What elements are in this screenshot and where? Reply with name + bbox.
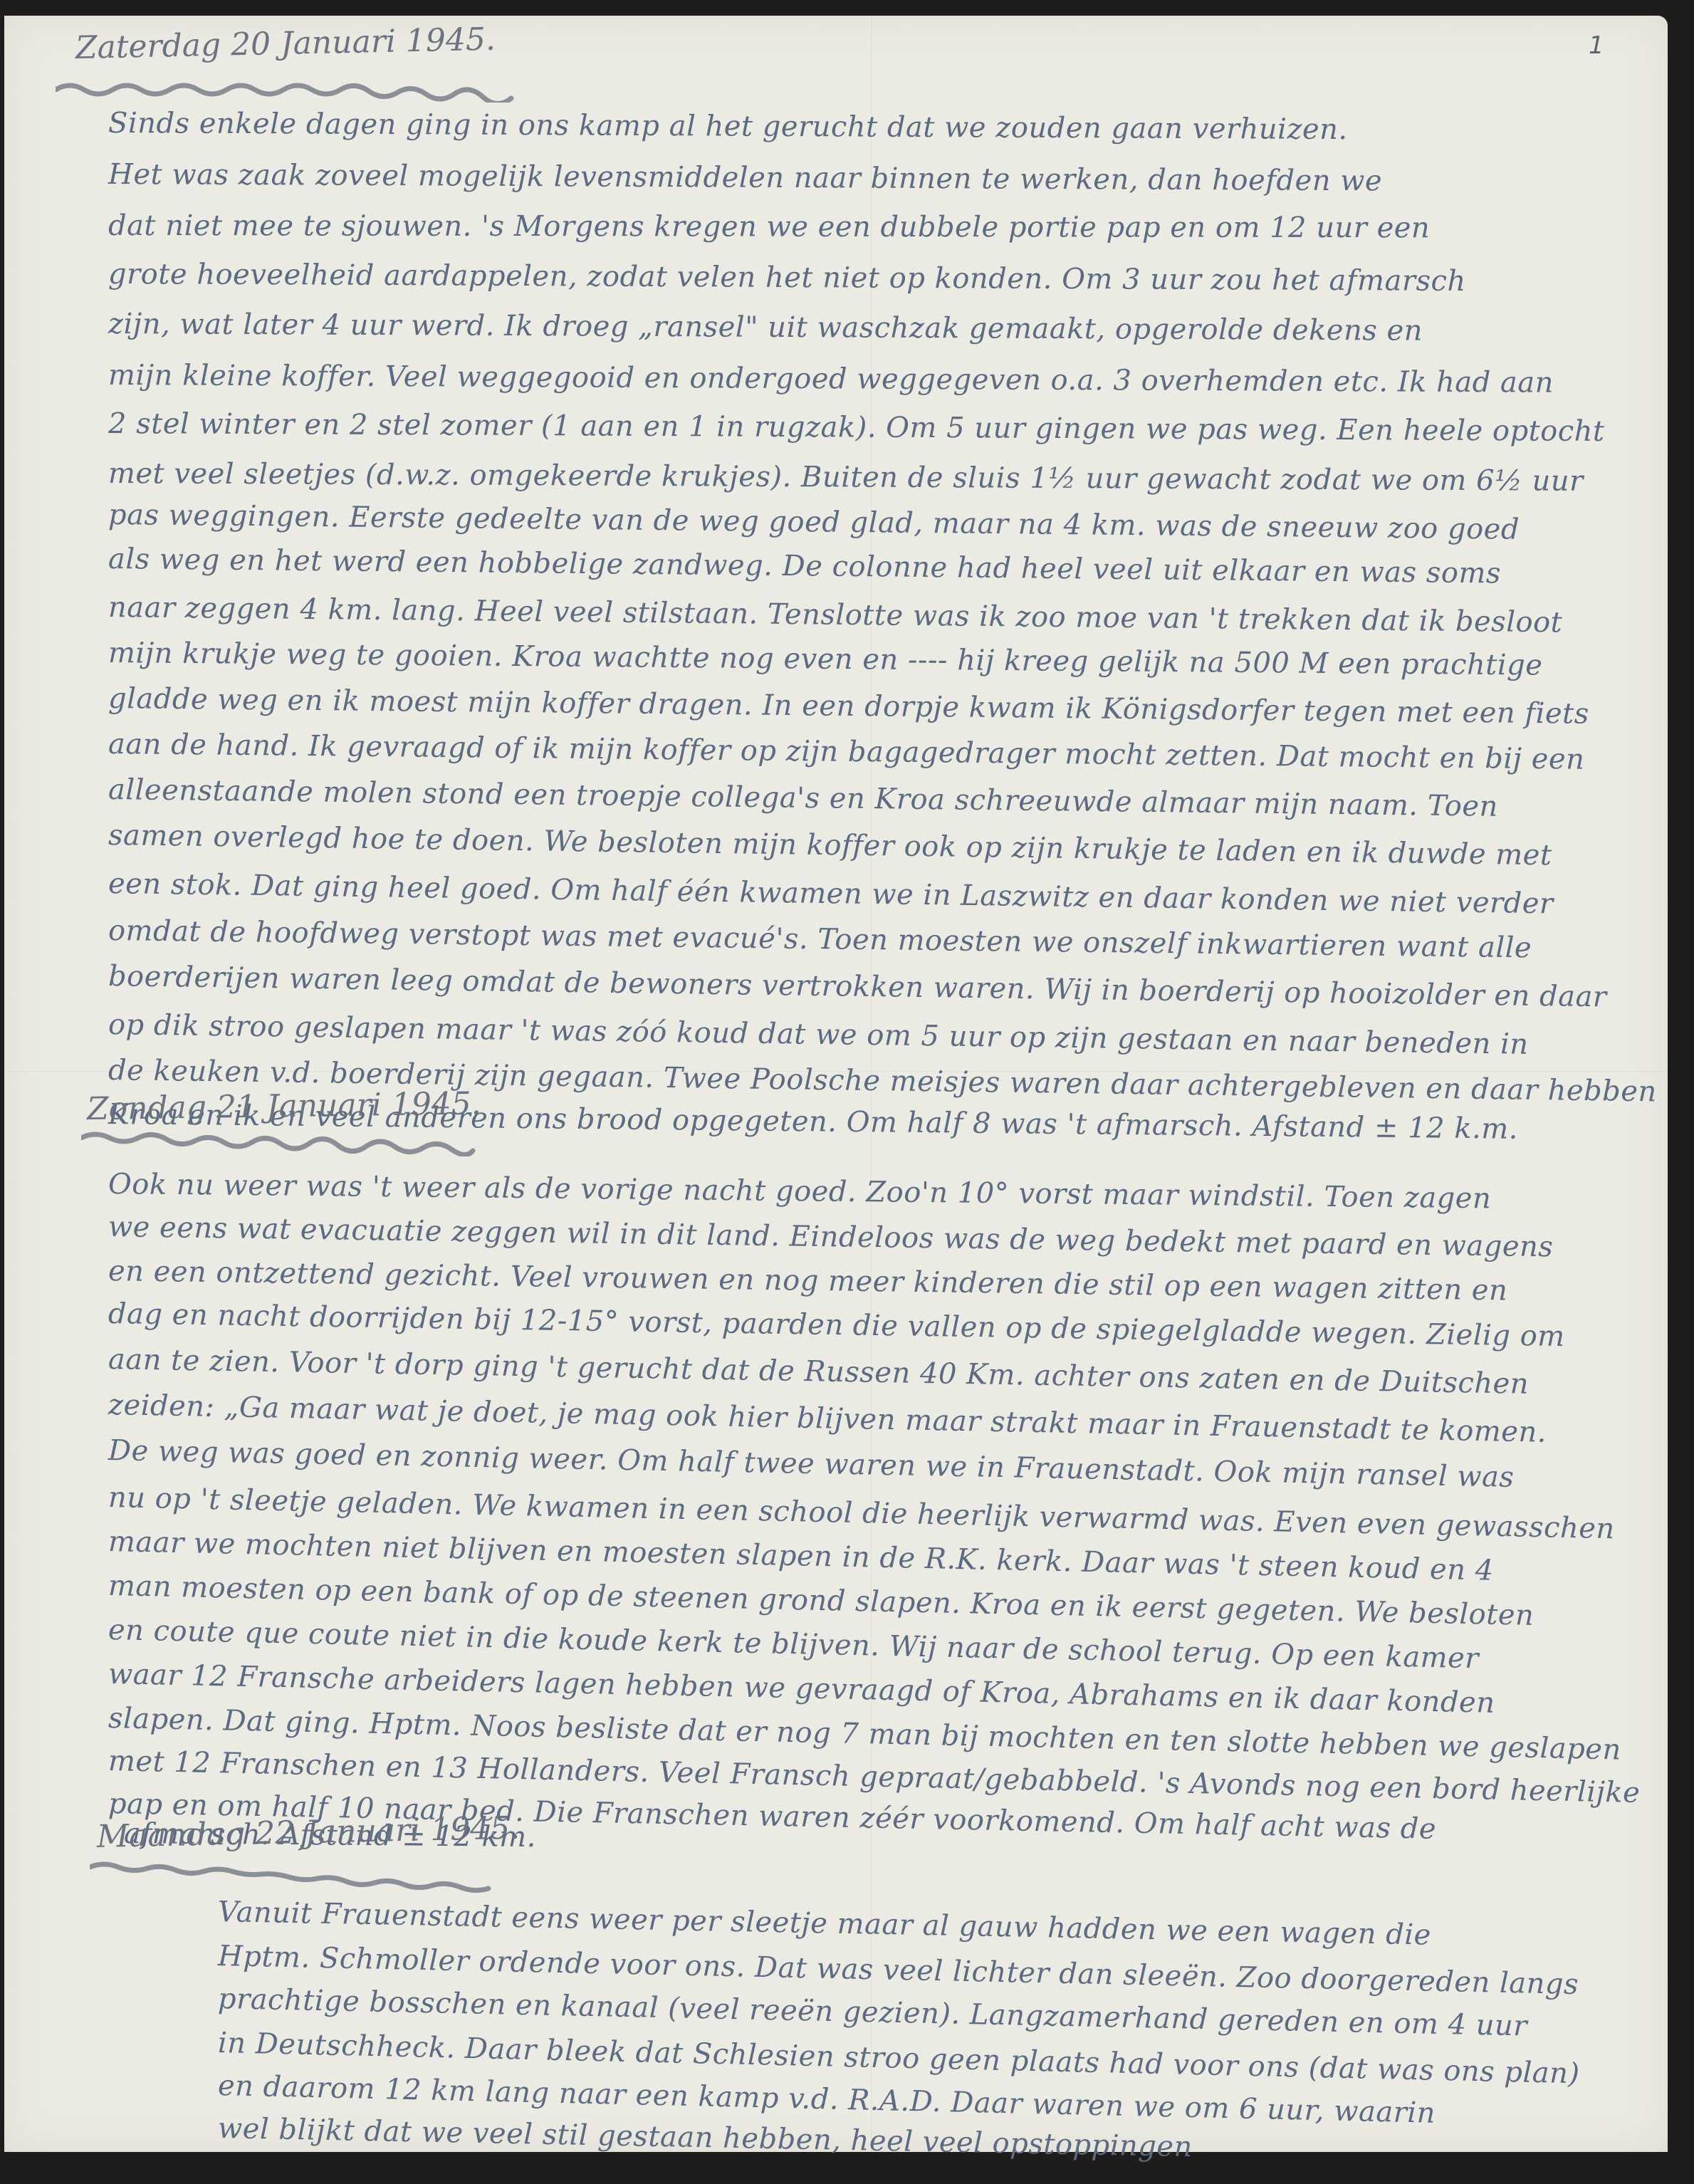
diary-line: Ook nu weer was 't weer als de vorige na… — [108, 1168, 1492, 1215]
diary-page: 1 Zaterdag 20 Januari 1945. Sinds enkele… — [4, 16, 1668, 2152]
diary-line: zijn, wat later 4 uur werd. Ik droeg „ra… — [108, 308, 1423, 348]
diary-line: pas weggingen. Eerste gedeelte van de we… — [108, 498, 1520, 546]
diary-line: een stok. Dat ging heel goed. Om half éé… — [108, 867, 1554, 920]
heading-underline-squiggle — [81, 1128, 480, 1145]
entry-date-heading: Zondag 21 Januari 1945. — [87, 1085, 481, 1127]
diary-line: omdat de hoofdweg verstopt was met evacu… — [108, 914, 1532, 964]
diary-line: aan te zien. Voor 't dorp ging 't geruch… — [108, 1343, 1530, 1401]
diary-line: Sinds enkele dagen ging in ons kamp al h… — [108, 107, 1348, 146]
diary-line: we eens wat evacuatie zeggen wil in dit … — [108, 1211, 1554, 1263]
heading-underline-squiggle — [90, 1860, 517, 1877]
diary-line: 2 stel winter en 2 stel zomer (1 aan en … — [108, 407, 1605, 448]
diary-line: en een ontzettend gezicht. Veel vrouwen … — [108, 1255, 1508, 1307]
diary-line: mijn krukje weg te gooien. Kroa wachtte … — [108, 637, 1543, 682]
diary-line: grote hoeveelheid aardappelen, zodat vel… — [108, 258, 1466, 298]
diary-line: alleenstaande molen stond een troepje co… — [108, 773, 1498, 823]
diary-line: Het was zaak zoveel mogelijk levensmidde… — [108, 158, 1382, 197]
diary-line: aan de hand. Ik gevraagd of ik mijn koff… — [108, 728, 1585, 776]
diary-line: met veel sleetjes (d.w.z. omgekeerde kru… — [108, 457, 1584, 498]
heading-underline-squiggle — [56, 81, 526, 98]
diary-line: samen overlegd hoe te doen. We besloten … — [108, 819, 1552, 872]
diary-line: dat niet mee te sjouwen. 's Morgens kreg… — [108, 209, 1430, 244]
diary-line: boerderijen waren leeg omdat de bewoners… — [108, 960, 1607, 1013]
diary-line: als weg en het werd een hobbelige zandwe… — [108, 543, 1501, 590]
page-number: 1 — [1589, 31, 1604, 60]
diary-line: mijn kleine koffer. Veel weggegooid en o… — [108, 359, 1554, 399]
entry-date-heading: Zaterdag 20 Januari 1945. — [75, 21, 496, 66]
diary-line: dag en nacht doorrijden bij 12-15° vorst… — [108, 1297, 1565, 1353]
diary-line: gladde weg en ik moest mijn koffer drage… — [108, 682, 1589, 731]
diary-line: op dik stroo geslapen maar 't was zóó ko… — [108, 1008, 1529, 1061]
diary-line: naar zeggen 4 km. lang. Heel veel stilst… — [108, 591, 1563, 639]
